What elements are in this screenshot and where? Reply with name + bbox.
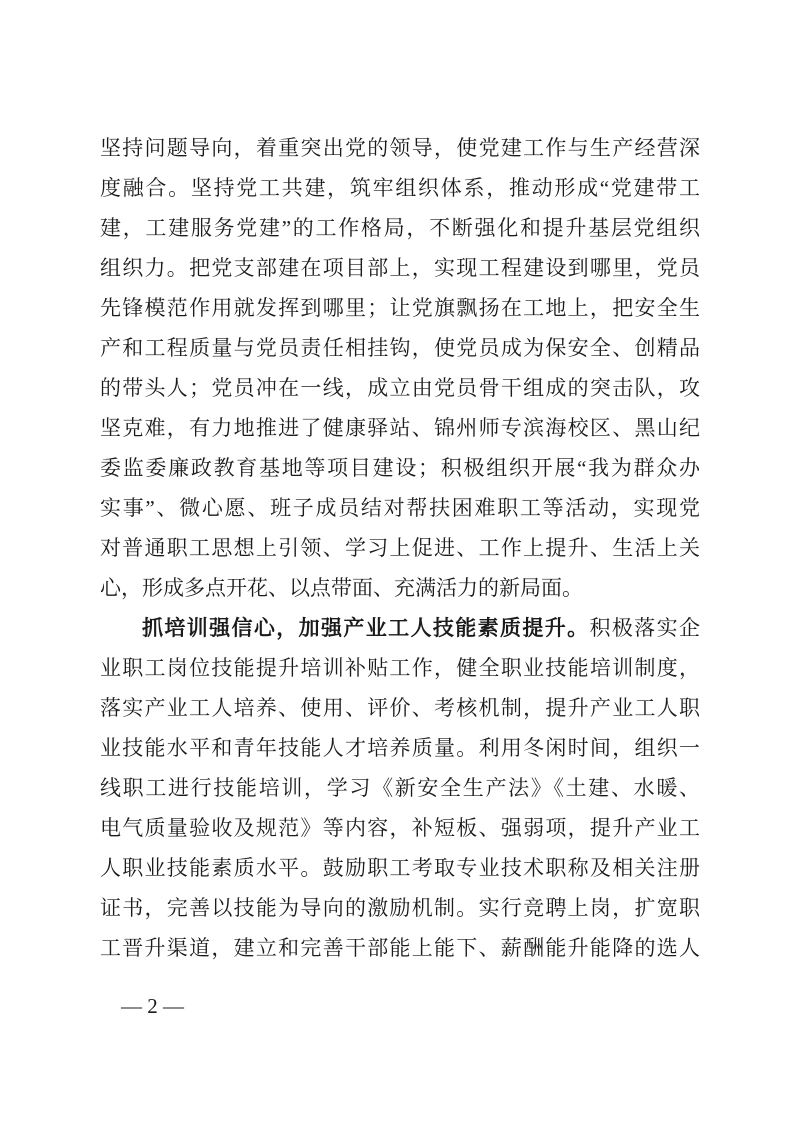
- paragraph2-lead-bold: 抓培训强信心，加强产业工人技能素质提升。: [142, 616, 590, 640]
- text-line: 坚克难，有力地推进了健康驿站、锦州师专滨海校区、黑山纪: [100, 408, 700, 448]
- text-line: 的带头人；党员冲在一线，成立由党员骨干组成的突击队，攻: [100, 368, 700, 408]
- paragraph-1: 坚持问题导向，着重突出党的领导，使党建工作与生产经营深 度融合。坚持党工共建，筑…: [100, 128, 700, 608]
- text-line: 电气质量验收及规范》等内容，补短板、强弱项，提升产业工: [100, 808, 700, 848]
- text-line: 委监委廉政教育基地等项目建设；积极组织开展“我为群众办: [100, 448, 700, 488]
- text-line: 业技能水平和青年技能人才培养质量。利用冬闲时间，组织一: [100, 728, 700, 768]
- text-line: 坚持问题导向，着重突出党的领导，使党建工作与生产经营深: [100, 128, 700, 168]
- text-line: 线职工进行技能培训，学习《新安全生产法》《土建、水暖、: [100, 768, 700, 808]
- document-page: 坚持问题导向，着重突出党的领导，使党建工作与生产经营深 度融合。坚持党工共建，筑…: [0, 0, 794, 1123]
- text-line: 组织力。把党支部建在项目部上，实现工程建设到哪里，党员: [100, 248, 700, 288]
- paragraph-2: 抓培训强信心，加强产业工人技能素质提升。积极落实企 业职工岗位技能提升培训补贴工…: [100, 608, 700, 968]
- text-line: 产和工程质量与党员责任相挂钩，使党员成为保安全、创精品: [100, 328, 700, 368]
- text-line: 工晋升渠道，建立和完善干部能上能下、薪酬能升能降的选人: [100, 928, 700, 968]
- text-line: 心，形成多点开花、以点带面、充满活力的新局面。: [100, 568, 700, 608]
- page-number: — 2 —: [100, 994, 700, 1018]
- text-line: 落实产业工人培养、使用、评价、考核机制，提升产业工人职: [100, 688, 700, 728]
- text-line: 人职业技能素质水平。鼓励职工考取专业技术职称及相关注册: [100, 848, 700, 888]
- paragraph2-first-line-rest: 积极落实企: [590, 616, 701, 640]
- text-line: 业职工岗位技能提升培训补贴工作，健全职业技能培训制度，: [100, 648, 700, 688]
- text-line: 对普通职工思想上引领、学习上促进、工作上提升、生活上关: [100, 528, 700, 568]
- text-line: 证书，完善以技能为导向的激励机制。实行竞聘上岗，扩宽职: [100, 888, 700, 928]
- text-line: 度融合。坚持党工共建，筑牢组织体系，推动形成“党建带工: [100, 168, 700, 208]
- text-line: 先锋模范作用就发挥到哪里；让党旗飘扬在工地上，把安全生: [100, 288, 700, 328]
- text-line: 实事”、微心愿、班子成员结对帮扶困难职工等活动，实现党: [100, 488, 700, 528]
- paragraph2-first-line: 抓培训强信心，加强产业工人技能素质提升。积极落实企: [100, 608, 700, 648]
- text-line: 建，工建服务党建”的工作格局，不断强化和提升基层党组织: [100, 208, 700, 248]
- body-text: 坚持问题导向，着重突出党的领导，使党建工作与生产经营深 度融合。坚持党工共建，筑…: [100, 128, 700, 968]
